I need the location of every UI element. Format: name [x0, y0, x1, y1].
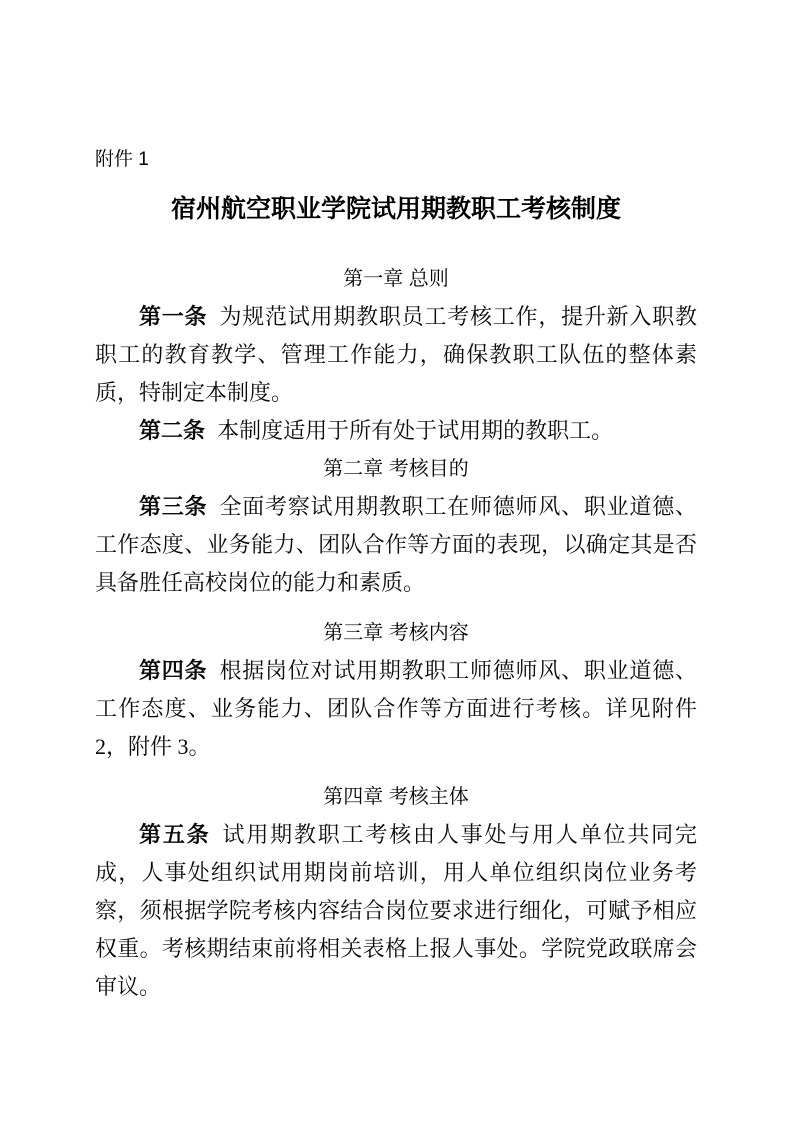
article-3-label: 第三条 [139, 494, 207, 519]
article-5-text: 试用期教职工考核由人事处与用人单位共同完成，人事处组织试用期岗前培训，用人单位组… [95, 822, 697, 999]
attachment-label: 附件 1 [95, 148, 697, 172]
article-4-label: 第四条 [139, 658, 207, 683]
article-paragraph-5: 第五条试用期教职工考核由人事处与用人单位共同完成，人事处组织试用期岗前培训，用人… [95, 816, 697, 1006]
article-1-label: 第一条 [139, 304, 207, 329]
article-paragraph-2: 第二条本制度适用于所有处于试用期的教职工。 [95, 412, 697, 450]
doc-title: 宿州航空职业学院试用期教职工考核制度 [95, 194, 697, 226]
document-page: 附件 1 宿州航空职业学院试用期教职工考核制度 第一章 总则 第一条为规范试用期… [0, 0, 793, 1122]
article-2-label: 第二条 [139, 418, 205, 443]
chapter-heading-1: 第一章 总则 [95, 260, 697, 298]
article-paragraph-1: 第一条为规范试用期教职员工考核工作，提升新入职教职工的教育教学、管理工作能力，确… [95, 298, 697, 412]
article-paragraph-4: 第四条根据岗位对试用期教职工师德师风、职业道德、工作态度、业务能力、团队合作等方… [95, 652, 697, 766]
article-paragraph-3: 第三条全面考察试用期教职工在师德师风、职业道德、工作态度、业务能力、团队合作等方… [95, 488, 697, 602]
chapter-heading-4: 第四章 考核主体 [95, 778, 697, 816]
chapter-heading-2: 第二章 考核目的 [95, 450, 697, 488]
chapter-heading-3: 第三章 考核内容 [95, 614, 697, 652]
article-2-text: 本制度适用于所有处于试用期的教职工。 [217, 418, 613, 443]
article-5-label: 第五条 [139, 822, 210, 847]
